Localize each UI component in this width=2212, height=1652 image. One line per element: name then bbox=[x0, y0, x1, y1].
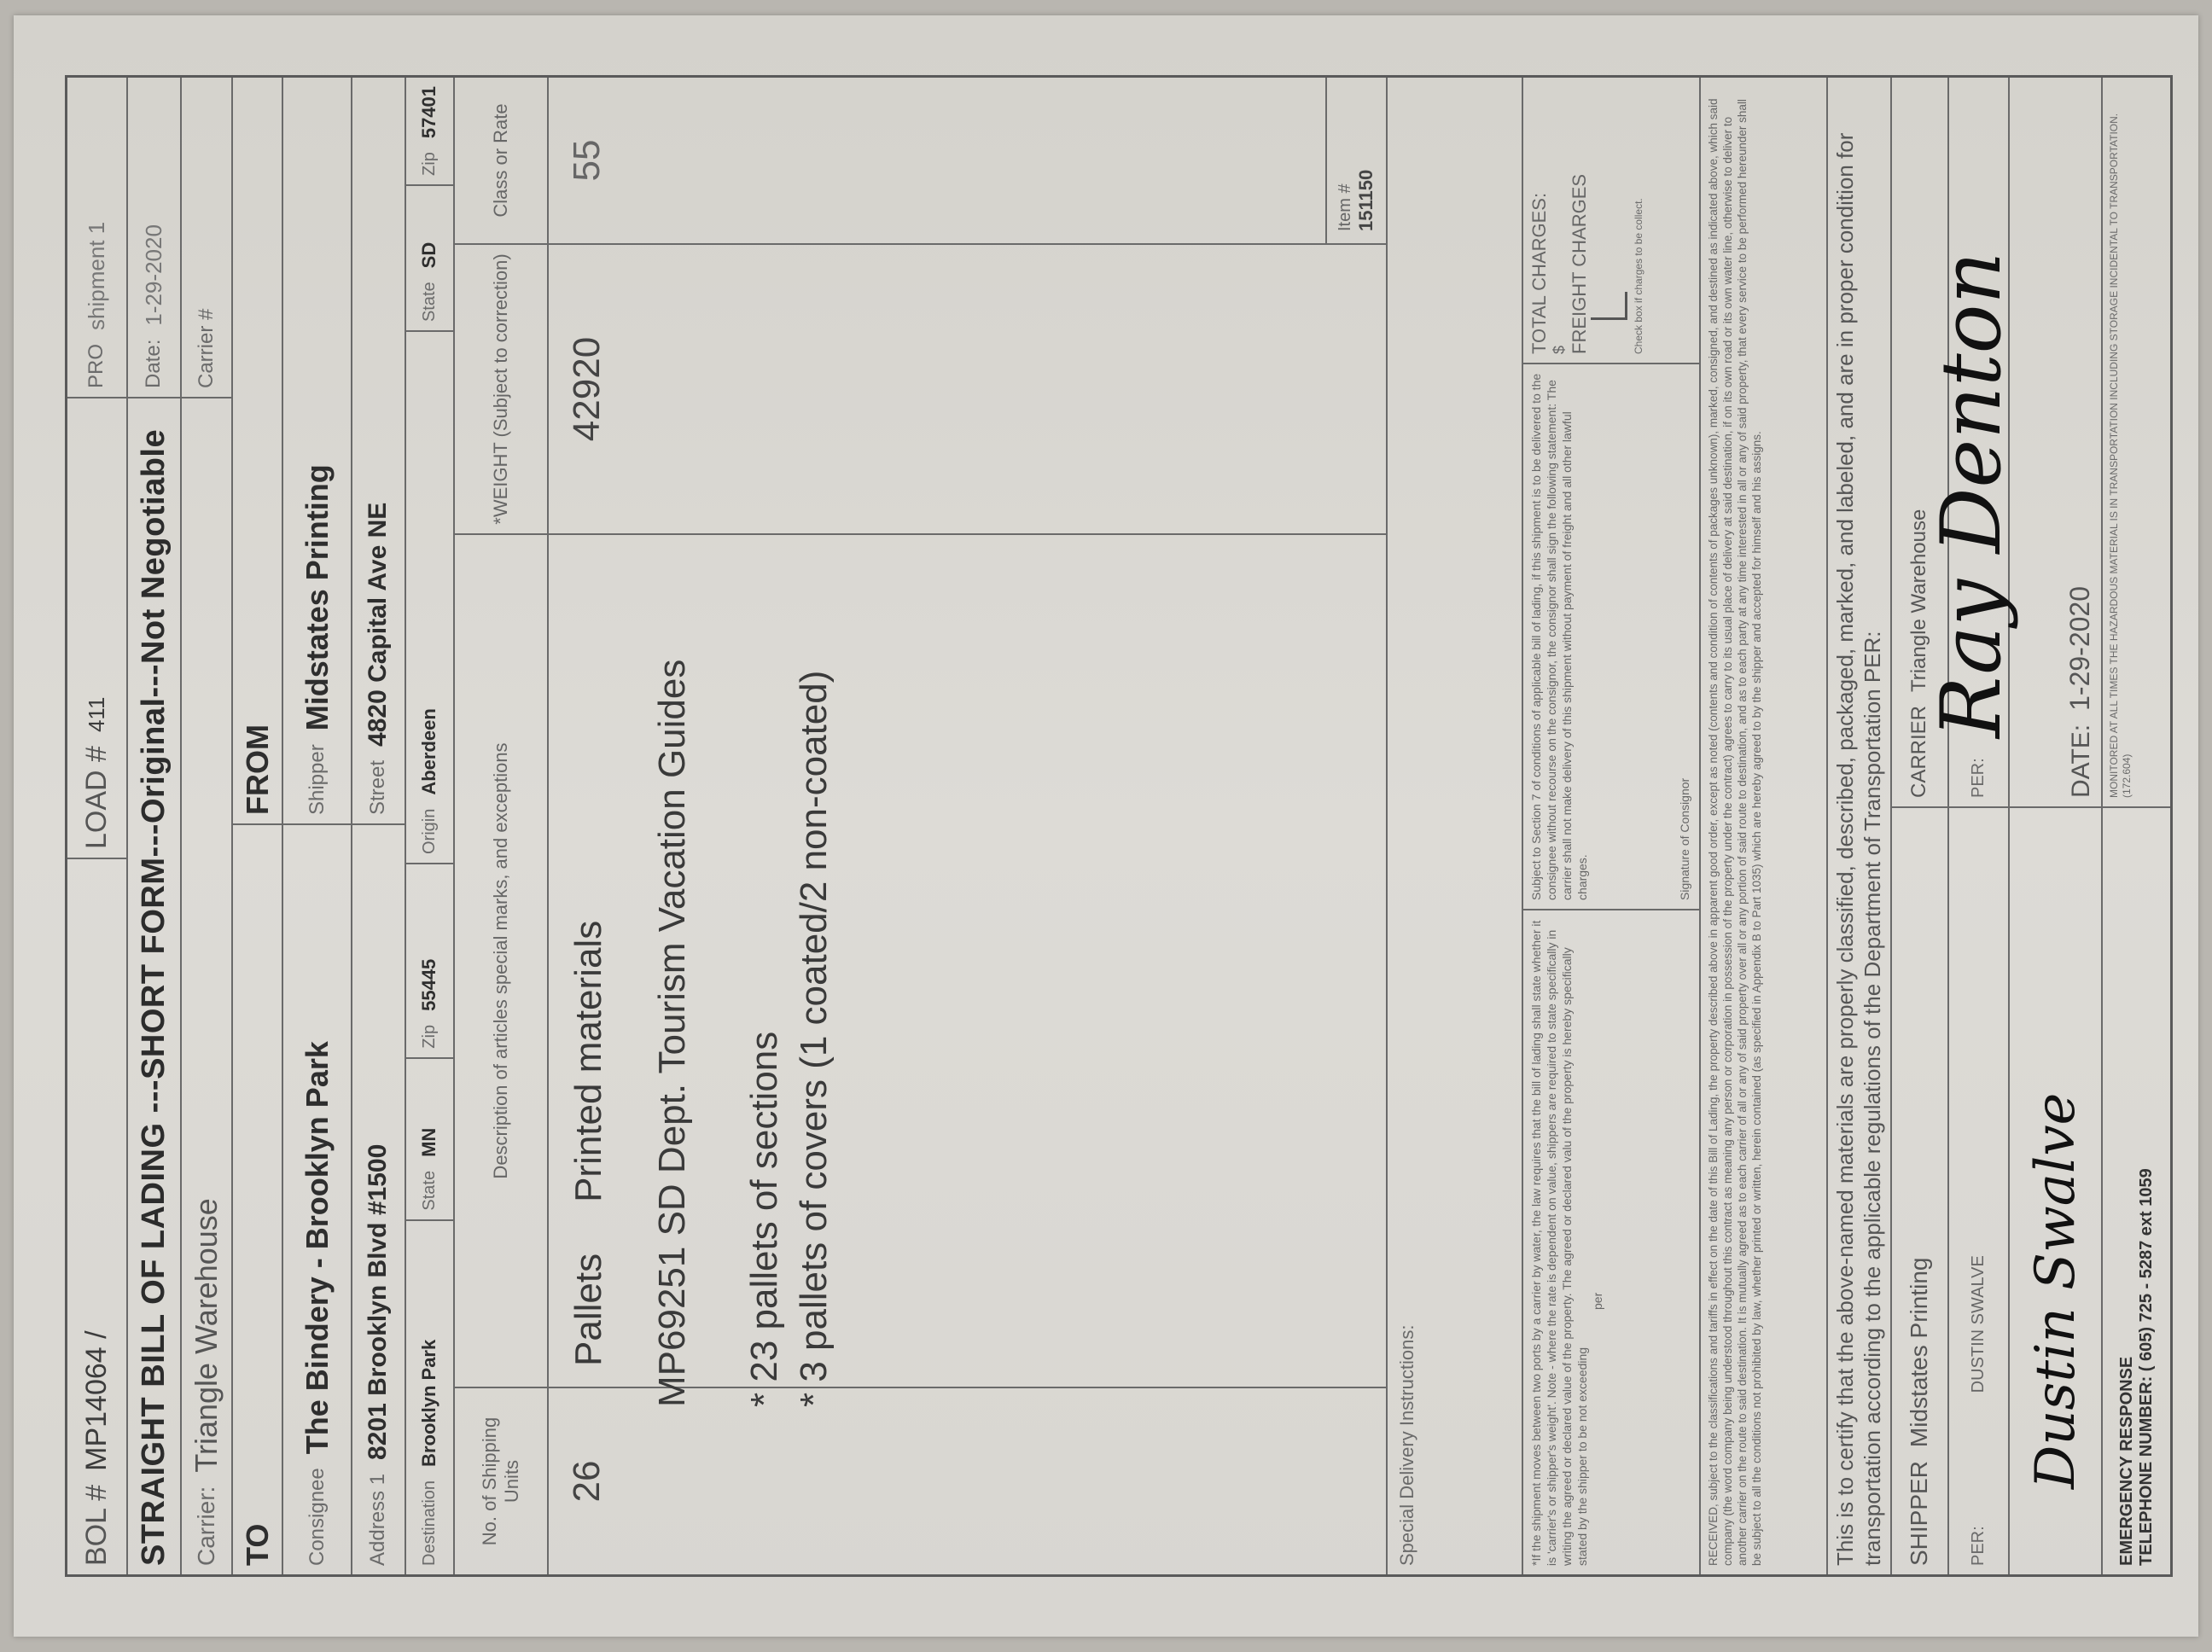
bill-of-lading-page: BOL # MP14064 / LOAD # 411 PRO shipment … bbox=[14, 15, 2198, 1637]
carrier-signature: Ray Denton bbox=[1924, 252, 2019, 738]
date-label: Date: bbox=[142, 340, 166, 388]
carrier-row: Carrier: Triangle Warehouse Carrier # bbox=[182, 78, 234, 1574]
certification: This is to certify that the above-named … bbox=[1828, 78, 1890, 1574]
origin-value: Aberdeen bbox=[418, 708, 440, 794]
item-number-field: Item # 151150 bbox=[1325, 78, 1386, 243]
to-zip-label: Zip bbox=[420, 1025, 439, 1049]
load-field: LOAD # 411 bbox=[67, 397, 126, 858]
carrier-per-label: PER: bbox=[1969, 758, 1988, 798]
bol-field: BOL # MP14064 / bbox=[67, 858, 126, 1574]
from-heading-text: FROM bbox=[240, 724, 276, 815]
street-field: Street 4820 Capital Ave NE bbox=[352, 78, 405, 823]
collect-checkbox[interactable] bbox=[1591, 292, 1627, 320]
received-row: RECEIVED, subject to the classifications… bbox=[1701, 78, 1828, 1574]
date-field: Date: 1-29-2020 bbox=[128, 78, 180, 397]
consignor-signature-label: Signature of Consignor bbox=[1677, 778, 1692, 900]
carrier-date-label: DATE: bbox=[2067, 724, 2096, 798]
to-zip-field: Zip 55445 bbox=[406, 863, 453, 1057]
phone-value: ( 605) 725 - 5287 ext 1059 bbox=[2137, 1168, 2156, 1371]
special-instructions-label: Special Delivery Instructions: bbox=[1396, 1325, 1418, 1566]
terms-row: *If the shipment moves between two ports… bbox=[1523, 78, 1701, 1574]
per-label: per bbox=[1590, 1293, 1605, 1310]
shipper-label: Shipper bbox=[306, 744, 329, 815]
consignee-label: Consignee bbox=[306, 1468, 329, 1566]
carrier-per-field: PER: Ray Denton bbox=[1949, 78, 2008, 806]
certify-text: This is to certify that the above-named … bbox=[1831, 86, 1886, 1566]
street-value: 4820 Capital Ave NE bbox=[364, 503, 393, 747]
table-row-weight: 42920 bbox=[549, 243, 1386, 533]
date-value: 1-29-2020 bbox=[141, 224, 167, 326]
emergency-label: EMERGENCY RESPONSE bbox=[2117, 1357, 2137, 1566]
to-from-row: TO FROM bbox=[233, 78, 283, 1574]
to-heading-text: TO bbox=[240, 1524, 276, 1566]
signature-date-row: Dustin Swalve DATE: 1-29-2020 bbox=[2010, 78, 2104, 1574]
section7-text: Subject to Section 7 of conditions of ap… bbox=[1528, 373, 1590, 900]
address-label: Address 1 bbox=[366, 1474, 390, 1566]
document-title: STRAIGHT BILL OF LADING ---SHORT FORM---… bbox=[128, 397, 180, 1574]
title-text: STRAIGHT BILL OF LADING ---SHORT FORM---… bbox=[136, 429, 172, 1566]
hazmat-notice: MONITORED AT ALL TIMES THE HAZARDOUS MAT… bbox=[2103, 78, 2170, 806]
to-state-label: State bbox=[420, 1171, 439, 1211]
class-column-header: Class or Rate bbox=[455, 78, 547, 243]
pro-label: PRO bbox=[84, 344, 108, 388]
special-instructions-row: Special Delivery Instructions: bbox=[1388, 78, 1523, 1574]
carrier-number-label: Carrier # bbox=[195, 309, 218, 388]
carrier-value: Triangle Warehouse bbox=[189, 1198, 224, 1473]
from-zip-field: Zip 57401 bbox=[406, 78, 453, 184]
from-zip-value: 57401 bbox=[418, 86, 440, 138]
hazmat-text: MONITORED AT ALL TIMES THE HAZARDOUS MAT… bbox=[2108, 86, 2133, 798]
collect-label: Check box if charges to be collect. bbox=[1633, 198, 1645, 354]
package-type: Pallets bbox=[568, 1254, 610, 1366]
consignee-value: The Bindery - Brooklyn Park bbox=[300, 1041, 335, 1454]
to-state-field: State MN bbox=[406, 1057, 453, 1219]
party-row: Consignee The Bindery - Brooklyn Park Sh… bbox=[283, 78, 352, 1574]
item-number-value: 151150 bbox=[1355, 90, 1377, 231]
shipper-sig-value: Midstates Printing bbox=[1906, 1258, 1933, 1448]
weight-value: 42920 bbox=[566, 337, 608, 441]
emergency-contact: EMERGENCY RESPONSE TELEPHONE NUMBER: ( 6… bbox=[2103, 806, 2170, 1574]
from-zip-label: Zip bbox=[420, 152, 439, 176]
phone-label: TELEPHONE NUMBER: bbox=[2137, 1376, 2156, 1566]
to-zip-value: 55445 bbox=[418, 959, 440, 1011]
origin-label: Origin bbox=[420, 809, 439, 854]
item-number-label: Item # bbox=[1336, 90, 1355, 231]
description-value: Printed materials bbox=[568, 921, 610, 1202]
water-carrier-text: *If the shipment moves between two ports… bbox=[1528, 919, 1590, 1566]
class-value: 55 bbox=[566, 140, 608, 182]
shipper-per-field: PER: DUSTIN SWALVE bbox=[1949, 806, 2008, 1574]
shipper-per-name: DUSTIN SWALVE bbox=[1969, 1255, 1988, 1393]
units-column-header: No. of Shipping Units bbox=[455, 1387, 547, 1574]
from-heading: FROM bbox=[233, 78, 282, 823]
title-row: STRAIGHT BILL OF LADING ---SHORT FORM---… bbox=[128, 78, 182, 1574]
destination-field: Destination Brooklyn Park bbox=[406, 1219, 453, 1574]
description-line: Pallets Printed materials bbox=[561, 921, 617, 1387]
emergency-row: EMERGENCY RESPONSE TELEPHONE NUMBER: ( 6… bbox=[2103, 78, 2170, 1574]
received-terms: RECEIVED, subject to the classifications… bbox=[1701, 78, 1826, 1574]
total-charges-value: $ bbox=[1551, 346, 1569, 354]
carrier-field: Carrier: Triangle Warehouse bbox=[182, 397, 232, 1574]
certify-row: This is to certify that the above-named … bbox=[1828, 78, 1892, 1574]
load-value: 411 bbox=[84, 697, 110, 732]
section7-terms: Subject to Section 7 of conditions of ap… bbox=[1523, 363, 1699, 909]
weight-column-header: *WEIGHT (Subject to correction) bbox=[455, 243, 547, 533]
address-row: Address 1 8201 Brooklyn Blvd #1500 Stree… bbox=[352, 78, 406, 1574]
charges-box: TOTAL CHARGES: $ FREIGHT CHARGES Check b… bbox=[1523, 78, 1699, 363]
consignee-field: Consignee The Bindery - Brooklyn Park bbox=[283, 823, 351, 1574]
table-row-units: 26 bbox=[549, 1387, 1386, 1574]
items-header-row: No. of Shipping Units Description of art… bbox=[455, 78, 549, 1574]
origin-field: Origin Aberdeen bbox=[406, 330, 453, 863]
table-row-description: Pallets Printed materials MP69251 SD Dep… bbox=[549, 533, 1386, 1387]
bill-of-lading-form: BOL # MP14064 / LOAD # 411 PRO shipment … bbox=[65, 75, 2173, 1577]
street-label: Street bbox=[366, 760, 390, 815]
note-line: * 23 pallets of sections bbox=[743, 1032, 786, 1407]
carrier-date-value: 1-29-2020 bbox=[2064, 586, 2096, 711]
address-value: 8201 Brooklyn Blvd #1500 bbox=[364, 1144, 393, 1460]
units-value: 26 bbox=[566, 1461, 608, 1503]
pro-field: PRO shipment 1 bbox=[67, 78, 126, 397]
destination-label: Destination bbox=[420, 1480, 439, 1566]
location-row: Destination Brooklyn Park State MN Zip 5… bbox=[406, 78, 455, 1574]
carrier-label: Carrier: bbox=[193, 1486, 220, 1566]
received-text: RECEIVED, subject to the classifications… bbox=[1706, 86, 1764, 1566]
header-row: BOL # MP14064 / LOAD # 411 PRO shipment … bbox=[67, 78, 128, 1574]
items-body: 26 Pallets Printed materials MP69251 SD … bbox=[549, 78, 1388, 1574]
pro-value: shipment 1 bbox=[84, 222, 110, 330]
to-heading: TO bbox=[233, 823, 282, 1574]
shipper-signature-field: Dustin Swalve bbox=[2010, 806, 2102, 1574]
per-row: PER: DUSTIN SWALVE PER: Ray Denton bbox=[1949, 78, 2010, 1574]
bol-label: BOL # bbox=[80, 1485, 114, 1566]
from-state-label: State bbox=[420, 282, 439, 322]
shipper-field: Shipper Midstates Printing bbox=[283, 78, 351, 823]
note-line: MP69251 SD Dept. Tourism Vacation Guides bbox=[651, 660, 694, 1407]
shipper-per-label: PER: bbox=[1969, 1526, 1988, 1566]
declared-value-terms: *If the shipment moves between two ports… bbox=[1523, 909, 1699, 1574]
note-line: * 3 pallets of covers (1 coated/2 non-co… bbox=[793, 671, 835, 1407]
shipper-signature-party: SHIPPER Midstates Printing bbox=[1892, 806, 1947, 1574]
shipper-value: Midstates Printing bbox=[300, 464, 335, 730]
from-state-value: SD bbox=[418, 242, 440, 269]
from-state-field: State SD bbox=[406, 184, 453, 330]
table-row-class: 55 Item # 151150 bbox=[549, 78, 1386, 243]
carrier-date-field: DATE: 1-29-2020 bbox=[2010, 78, 2102, 806]
load-label: LOAD # bbox=[80, 746, 114, 849]
description-column-header: Description of articles special marks, a… bbox=[455, 533, 547, 1387]
total-charges-label: TOTAL CHARGES: bbox=[1528, 193, 1551, 354]
bol-value: MP14064 / bbox=[80, 1330, 114, 1470]
freight-charges-label: FREIGHT CHARGES bbox=[1569, 174, 1591, 354]
address-field: Address 1 8201 Brooklyn Blvd #1500 bbox=[352, 823, 405, 1574]
shipper-signature: Dustin Swalve bbox=[2024, 1093, 2087, 1489]
carrier-number-field: Carrier # bbox=[182, 78, 232, 397]
destination-value: Brooklyn Park bbox=[418, 1340, 440, 1467]
shipper-sig-label: SHIPPER bbox=[1906, 1461, 1933, 1566]
to-state-value: MN bbox=[418, 1128, 440, 1157]
special-instructions-field: Special Delivery Instructions: bbox=[1388, 78, 1422, 1574]
